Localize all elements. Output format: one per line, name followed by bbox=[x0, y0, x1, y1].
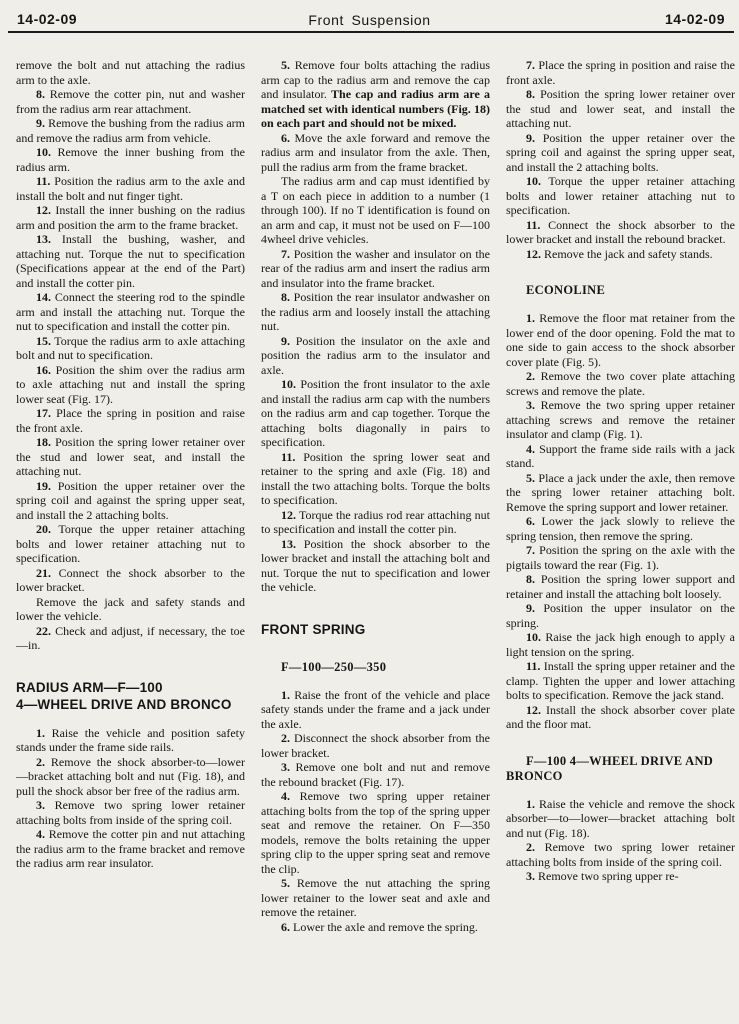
step-paragraph: 10. Position the front insulator to the … bbox=[261, 377, 490, 450]
paragraph: Remove the jack and safety stands and lo… bbox=[16, 595, 245, 624]
step-paragraph: 10. Torque the upper retainer attaching … bbox=[506, 174, 735, 218]
paragraph: The radius arm and cap must identified b… bbox=[261, 174, 490, 247]
step-paragraph: 5. Place a jack under the axle, then rem… bbox=[506, 471, 735, 515]
step-paragraph: 11. Install the spring upper retainer an… bbox=[506, 659, 735, 703]
page-title: Front Suspension bbox=[0, 12, 739, 28]
manual-page: 14-02-09 Front Suspension 14-02-09 remov… bbox=[0, 0, 739, 1024]
step-paragraph: 14. Connect the steering rod to the spin… bbox=[16, 290, 245, 334]
step-paragraph: 15. Torque the radius arm to axle attach… bbox=[16, 334, 245, 363]
step-paragraph: 2. Remove the two cover plate attaching … bbox=[506, 369, 735, 398]
step-paragraph: 5. Remove four bolts attaching the radiu… bbox=[261, 58, 490, 131]
step-paragraph: 3. Remove two spring lower retainer atta… bbox=[16, 798, 245, 827]
step-paragraph: 13. Position the shock absorber to the l… bbox=[261, 537, 490, 595]
step-paragraph: 7. Position the spring on the axle with … bbox=[506, 543, 735, 572]
step-paragraph: 21. Connect the shock absorber to the lo… bbox=[16, 566, 245, 595]
step-paragraph: 22. Check and adjust, if necessary, the … bbox=[16, 624, 245, 653]
step-paragraph: 1. Remove the floor mat retainer from th… bbox=[506, 311, 735, 369]
page-number-right: 14-02-09 bbox=[665, 11, 725, 27]
step-paragraph: 13. Install the bushing, washer, and att… bbox=[16, 232, 245, 290]
step-paragraph: 9. Position the upper insulator on the s… bbox=[506, 601, 735, 630]
step-paragraph: 18. Position the spring lower retainer o… bbox=[16, 435, 245, 479]
step-paragraph: 11. Position the radius arm to the axle … bbox=[16, 174, 245, 203]
sub-heading: F—100 4—WHEEL DRIVE AND BRONCO bbox=[506, 754, 735, 784]
step-paragraph: 1. Raise the vehicle and position safety… bbox=[16, 726, 245, 755]
step-paragraph: 10. Raise the jack high enough to apply … bbox=[506, 630, 735, 659]
section-heading: FRONT SPRING bbox=[261, 621, 490, 638]
step-paragraph: 17. Place the spring in position and rai… bbox=[16, 406, 245, 435]
step-paragraph: 3. Remove one bolt and nut and remove th… bbox=[261, 760, 490, 789]
step-paragraph: 6. Move the axle forward and remove the … bbox=[261, 131, 490, 175]
step-paragraph: 6. Lower the axle and remove the spring. bbox=[261, 920, 490, 935]
step-paragraph: 8. Position the rear insulator andwasher… bbox=[261, 290, 490, 334]
step-paragraph: 12. Remove the jack and safety stands. bbox=[506, 247, 735, 262]
step-paragraph: 1. Raise the vehicle and remove the shoc… bbox=[506, 797, 735, 841]
step-paragraph: 5. Remove the nut attaching the spring l… bbox=[261, 876, 490, 920]
step-paragraph: 9. Position the upper retainer over the … bbox=[506, 131, 735, 175]
step-paragraph: 16. Position the shim over the radius ar… bbox=[16, 363, 245, 407]
step-paragraph: 8. Remove the cotter pin, nut and washer… bbox=[16, 87, 245, 116]
text-column: remove the bolt and nut attaching the ra… bbox=[16, 58, 245, 934]
step-paragraph: 11. Position the spring lower seat and r… bbox=[261, 450, 490, 508]
step-paragraph: 20. Torque the upper retainer attaching … bbox=[16, 522, 245, 566]
step-paragraph: 12. Install the inner bushing on the rad… bbox=[16, 203, 245, 232]
step-paragraph: 4. Remove the cotter pin and nut attachi… bbox=[16, 827, 245, 871]
text-column: 5. Remove four bolts attaching the radiu… bbox=[261, 58, 490, 934]
sub-heading: ECONOLINE bbox=[506, 283, 735, 298]
text-columns: remove the bolt and nut attaching the ra… bbox=[16, 58, 735, 934]
step-paragraph: 2. Remove two spring lower retainer atta… bbox=[506, 840, 735, 869]
step-paragraph: 9. Position the insulator on the axle an… bbox=[261, 334, 490, 378]
header-rule bbox=[8, 31, 734, 33]
step-paragraph: 8. Position the spring lower retainer ov… bbox=[506, 87, 735, 131]
step-paragraph: 4. Support the frame side rails with a j… bbox=[506, 442, 735, 471]
step-paragraph: 11. Connect the shock absorber to the lo… bbox=[506, 218, 735, 247]
step-paragraph: 7. Place the spring in position and rais… bbox=[506, 58, 735, 87]
step-paragraph: 19. Position the upper retainer over the… bbox=[16, 479, 245, 523]
step-paragraph: 9. Remove the bushing from the radius ar… bbox=[16, 116, 245, 145]
step-paragraph: 8. Position the spring lower support and… bbox=[506, 572, 735, 601]
step-paragraph: 3. Remove the two spring upper retainer … bbox=[506, 398, 735, 442]
step-paragraph: 12. Torque the radius rod rear attaching… bbox=[261, 508, 490, 537]
step-paragraph: 6. Lower the jack slowly to relieve the … bbox=[506, 514, 735, 543]
step-paragraph: 1. Raise the front of the vehicle and pl… bbox=[261, 688, 490, 732]
paragraph: remove the bolt and nut attaching the ra… bbox=[16, 58, 245, 87]
text-column: 7. Place the spring in position and rais… bbox=[506, 58, 735, 934]
step-paragraph: 2. Remove the shock absorber-to—lower—br… bbox=[16, 755, 245, 799]
step-paragraph: 2. Disconnect the shock absorber from th… bbox=[261, 731, 490, 760]
section-heading: RADIUS ARM—F—1004—WHEEL DRIVE AND BRONCO bbox=[16, 679, 245, 713]
sub-heading: F—100—250—350 bbox=[261, 660, 490, 675]
step-paragraph: 10. Remove the inner bushing from the ra… bbox=[16, 145, 245, 174]
step-paragraph: 7. Position the washer and insulator on … bbox=[261, 247, 490, 291]
step-paragraph: 12. Install the shock absorber cover pla… bbox=[506, 703, 735, 732]
step-paragraph: 4. Remove two spring upper retainer atta… bbox=[261, 789, 490, 876]
step-paragraph: 3. Remove two spring upper re- bbox=[506, 869, 735, 884]
